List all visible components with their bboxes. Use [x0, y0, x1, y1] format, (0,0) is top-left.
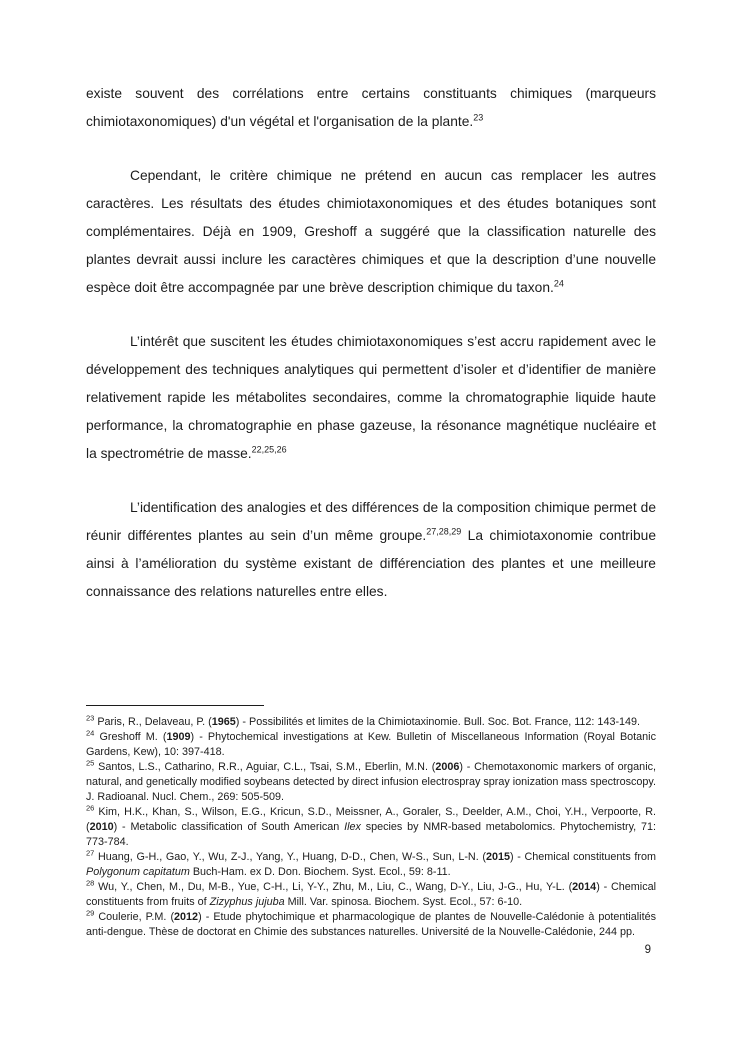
- page-number: 9: [86, 943, 656, 958]
- footnote: 27 Huang, G-H., Gao, Y., Wu, Z-J., Yang,…: [86, 850, 656, 880]
- text-segment: 2010: [90, 821, 114, 833]
- footnote: 26 Kim, H.K., Khan, S., Wilson, E.G., Kr…: [86, 805, 656, 850]
- page-content: existe souvent des corrélations entre ce…: [86, 80, 656, 632]
- footnote: 25 Santos, L.S., Catharino, R.R., Aguiar…: [86, 760, 656, 805]
- text-segment: Coulerie, P.M. (: [94, 911, 174, 923]
- paragraph: L’identification des analogies et des di…: [86, 494, 656, 606]
- footnote: 23 Paris, R., Delaveau, P. (1965) - Poss…: [86, 715, 656, 730]
- text-segment: 2014: [572, 881, 596, 893]
- text-segment: Santos, L.S., Catharino, R.R., Aguiar, C…: [94, 761, 435, 773]
- text-segment: 2006: [435, 761, 459, 773]
- text-segment: ) - Metabolic classification of South Am…: [114, 821, 344, 833]
- text-segment: Polygonum capitatum: [86, 866, 190, 878]
- document-page: existe souvent des corrélations entre ce…: [0, 0, 745, 1053]
- text-segment: Buch-Ham. ex D. Don. Biochem. Syst. Ecol…: [190, 866, 451, 878]
- body-text: existe souvent des corrélations entre ce…: [86, 80, 656, 606]
- footnote-separator: [86, 705, 264, 706]
- text-segment: Cependant, le critère chimique ne préten…: [86, 168, 656, 295]
- footnotes: 23 Paris, R., Delaveau, P. (1965) - Poss…: [86, 715, 656, 940]
- paragraph: Cependant, le critère chimique ne préten…: [86, 162, 656, 302]
- text-segment: 2012: [174, 911, 198, 923]
- paragraph: existe souvent des corrélations entre ce…: [86, 80, 656, 136]
- text-segment: Paris, R., Delaveau, P. (: [94, 716, 211, 728]
- text-segment: ) - Chemical constituents from: [510, 851, 656, 863]
- footnote: 28 Wu, Y., Chen, M., Du, M-B., Yue, C-H.…: [86, 880, 656, 910]
- footnote-ref: 27,28,29: [426, 526, 461, 536]
- text-segment: Wu, Y., Chen, M., Du, M-B., Yue, C-H., L…: [94, 881, 572, 893]
- page-footer: 23 Paris, R., Delaveau, P. (1965) - Poss…: [86, 705, 656, 958]
- text-segment: L’intérêt que suscitent les études chimi…: [86, 334, 656, 461]
- paragraph: L’intérêt que suscitent les études chimi…: [86, 328, 656, 468]
- text-segment: Mill. Var. spinosa. Biochem. Syst. Ecol.…: [285, 896, 522, 908]
- footnote-ref: 23: [473, 112, 483, 122]
- text-segment: Ilex: [344, 821, 361, 833]
- footnote-ref: 24: [554, 278, 564, 288]
- footnote: 29 Coulerie, P.M. (2012) - Etude phytoch…: [86, 910, 656, 940]
- text-segment: ) - Possibilités et limites de la Chimio…: [236, 716, 640, 728]
- footnote: 24 Greshoff M. (1909) - Phytochemical in…: [86, 730, 656, 760]
- text-segment: 1965: [212, 716, 236, 728]
- footnote-ref: 22,25,26: [252, 444, 287, 454]
- text-segment: 2015: [486, 851, 510, 863]
- text-segment: existe souvent des corrélations entre ce…: [86, 86, 656, 129]
- text-segment: 1909: [166, 731, 190, 743]
- text-segment: Greshoff M. (: [94, 731, 166, 743]
- text-segment: Huang, G-H., Gao, Y., Wu, Z-J., Yang, Y.…: [94, 851, 486, 863]
- text-segment: Zizyphus jujuba: [210, 896, 285, 908]
